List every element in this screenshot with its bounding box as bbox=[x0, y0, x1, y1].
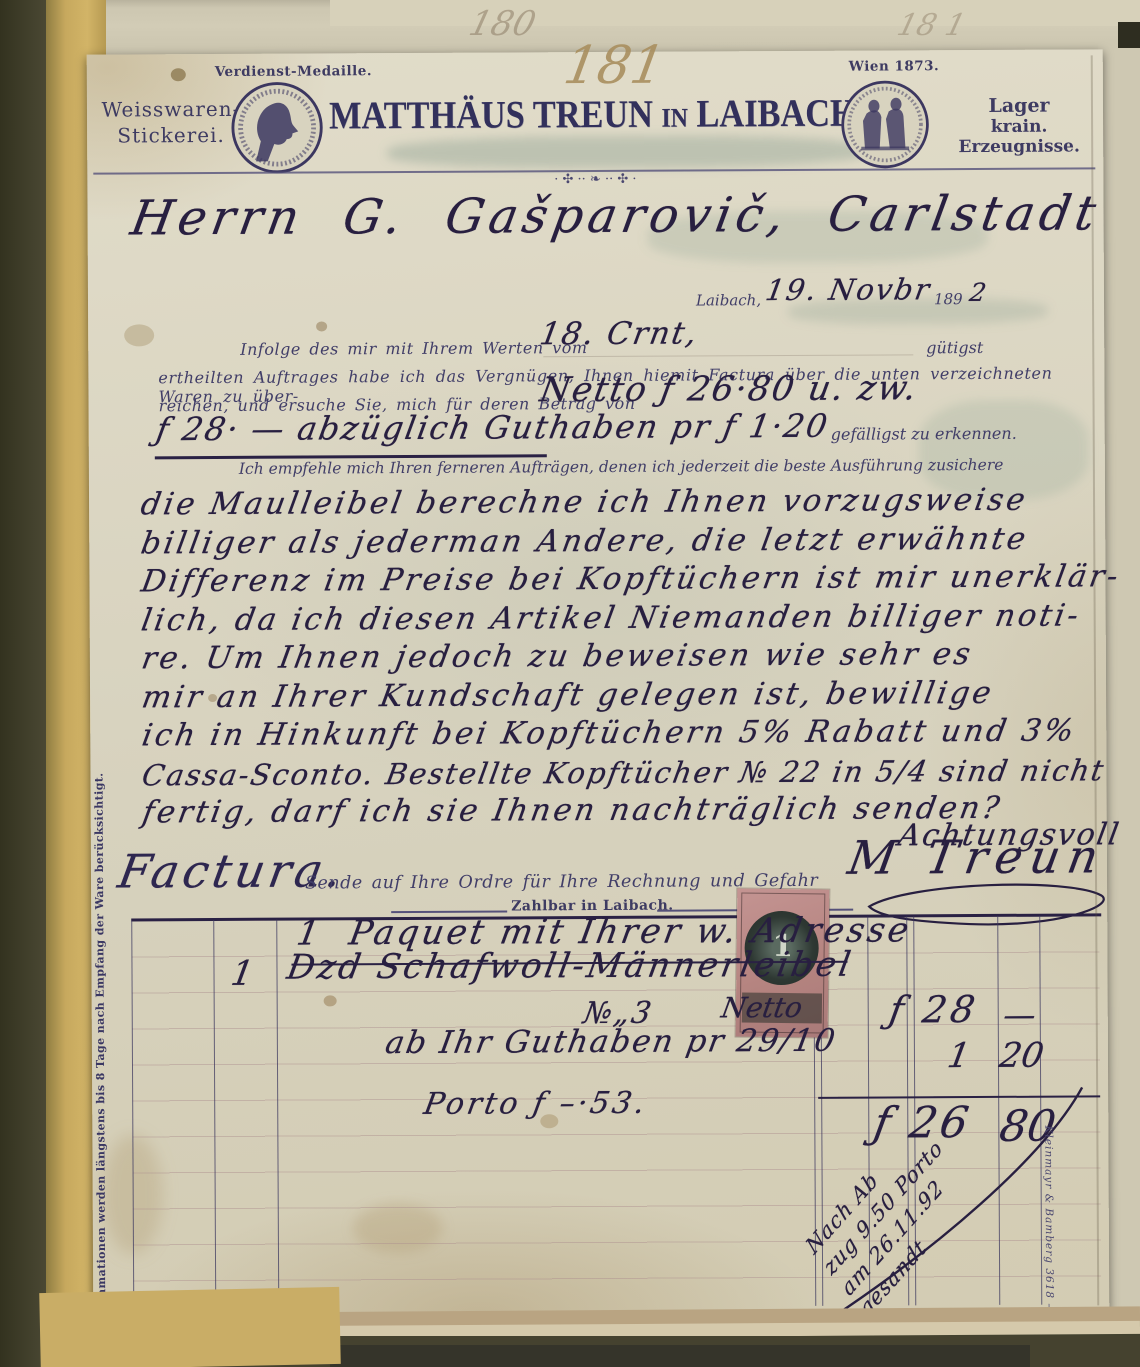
body-line: mir an Ihrer Kundschaft gelegen ist, bew… bbox=[139, 674, 1096, 718]
business-type: Weisswaren- Stickerei. bbox=[101, 96, 241, 149]
body-line: lich, da ich diesen Artikel Niemanden bi… bbox=[138, 597, 1095, 641]
invoice-sheet: Verdienst-Medaille. Weisswaren- Stickere… bbox=[87, 49, 1110, 1316]
body-line: die Maulleibel berechne ich Ihnen vorzug… bbox=[138, 481, 1095, 525]
warehouse-line2: krain. Erzeugnisse. bbox=[939, 116, 1099, 157]
fill-net-amount: Netto ƒ 26·80 u. zw. bbox=[537, 368, 921, 410]
fill-rule bbox=[543, 354, 913, 357]
emperor-medal-icon bbox=[229, 79, 326, 176]
body-line: Cassa-Sconto. Bestellte Kopftücher № 22 … bbox=[139, 751, 1096, 795]
row3-amount-kr: — bbox=[1000, 996, 1039, 1034]
backdrop-sliver bbox=[1118, 22, 1140, 48]
foxing-spot bbox=[124, 324, 154, 346]
fill-gross-amount: ƒ 28· — abzüglich Guthaben pr ƒ 1·20 bbox=[153, 407, 832, 449]
exhibition-medal-icon bbox=[839, 78, 931, 170]
row2-text: Dzd Schafwoll-Männerleibel bbox=[284, 945, 856, 988]
row3-amount-fl: ƒ 28 bbox=[886, 988, 982, 1032]
row4-text: ab Ihr Guthaben pr 29/10 bbox=[383, 1023, 840, 1061]
row4-amount-kr: 20 bbox=[997, 1036, 1047, 1076]
bleed-through bbox=[387, 135, 867, 170]
body-line: re. Um Ihnen jedoch zu beweisen wie sehr… bbox=[139, 635, 1096, 679]
backdrop-left bbox=[0, 0, 46, 1367]
scanned-invoice-photo: 180 18 1 Verdienst-Medaille. Weisswaren-… bbox=[0, 0, 1140, 1367]
business-type-line2: Stickerei. bbox=[101, 122, 241, 149]
book-page-corner bbox=[39, 1287, 341, 1367]
form-text-5: Ich empfehle mich Ihren ferneren Aufträg… bbox=[239, 456, 1004, 478]
form-text-1: Infolge des mir mit Ihrem Werten vom bbox=[240, 338, 587, 359]
underlying-mark-right: 18 1 bbox=[894, 8, 970, 43]
title-part1: MATTHÄUS TREUN bbox=[329, 93, 653, 138]
backdrop-bottom bbox=[330, 1345, 1030, 1367]
left-medal-caption: Verdienst-Medaille. bbox=[215, 63, 372, 80]
underlying-mark-left: 180 bbox=[465, 4, 540, 44]
underlying-page-band bbox=[330, 0, 1140, 26]
dateline-year-printed: 189 bbox=[934, 290, 963, 308]
form-text-4: gefälligst zu erkennen. bbox=[831, 424, 1017, 444]
foxing-spot bbox=[171, 68, 186, 81]
recipient-line: Herrn G. Gašparovič, Carlstadt bbox=[127, 185, 1105, 246]
body-line: ich in Hinkunft bei Kopftüchern 5% Rabat… bbox=[139, 712, 1096, 756]
warehouse-note: Lager krain. Erzeugnisse. bbox=[939, 94, 1099, 157]
fill-order-date: 18. Crnt, bbox=[537, 315, 701, 352]
dateline-place: Laibach, bbox=[696, 291, 761, 309]
body-line: Differenz im Preise bei Kopftüchern ist … bbox=[138, 558, 1095, 602]
business-type-line1: Weisswaren- bbox=[101, 96, 241, 123]
form-text-right: gütigst bbox=[926, 338, 983, 357]
right-medal-caption: Wien 1873. bbox=[849, 58, 940, 74]
letter-body: die Maulleibel berechne ich Ihnen vorzug… bbox=[141, 481, 1093, 832]
dateline-day: 19. Novbr bbox=[763, 272, 934, 307]
warehouse-line1: Lager bbox=[939, 94, 1099, 117]
folio-number: 181 bbox=[560, 36, 670, 97]
body-line: billiger als jederman Andere, die letzt … bbox=[138, 520, 1095, 564]
title-in: IN bbox=[661, 103, 688, 133]
row5-text: Porto ƒ –·53. bbox=[421, 1086, 650, 1122]
header-ornament: · ✣ ·· ❧ ·· ✣ · bbox=[445, 171, 745, 188]
foxing-spot bbox=[316, 321, 327, 331]
claims-side-note: Reclamationen werden längstens bis 8 Tag… bbox=[93, 901, 108, 1325]
signature: M Treun bbox=[844, 829, 1110, 884]
row3-netto: Netto bbox=[719, 991, 805, 1024]
page-title: MATTHÄUS TREUN IN LAIBACH. bbox=[329, 91, 865, 139]
